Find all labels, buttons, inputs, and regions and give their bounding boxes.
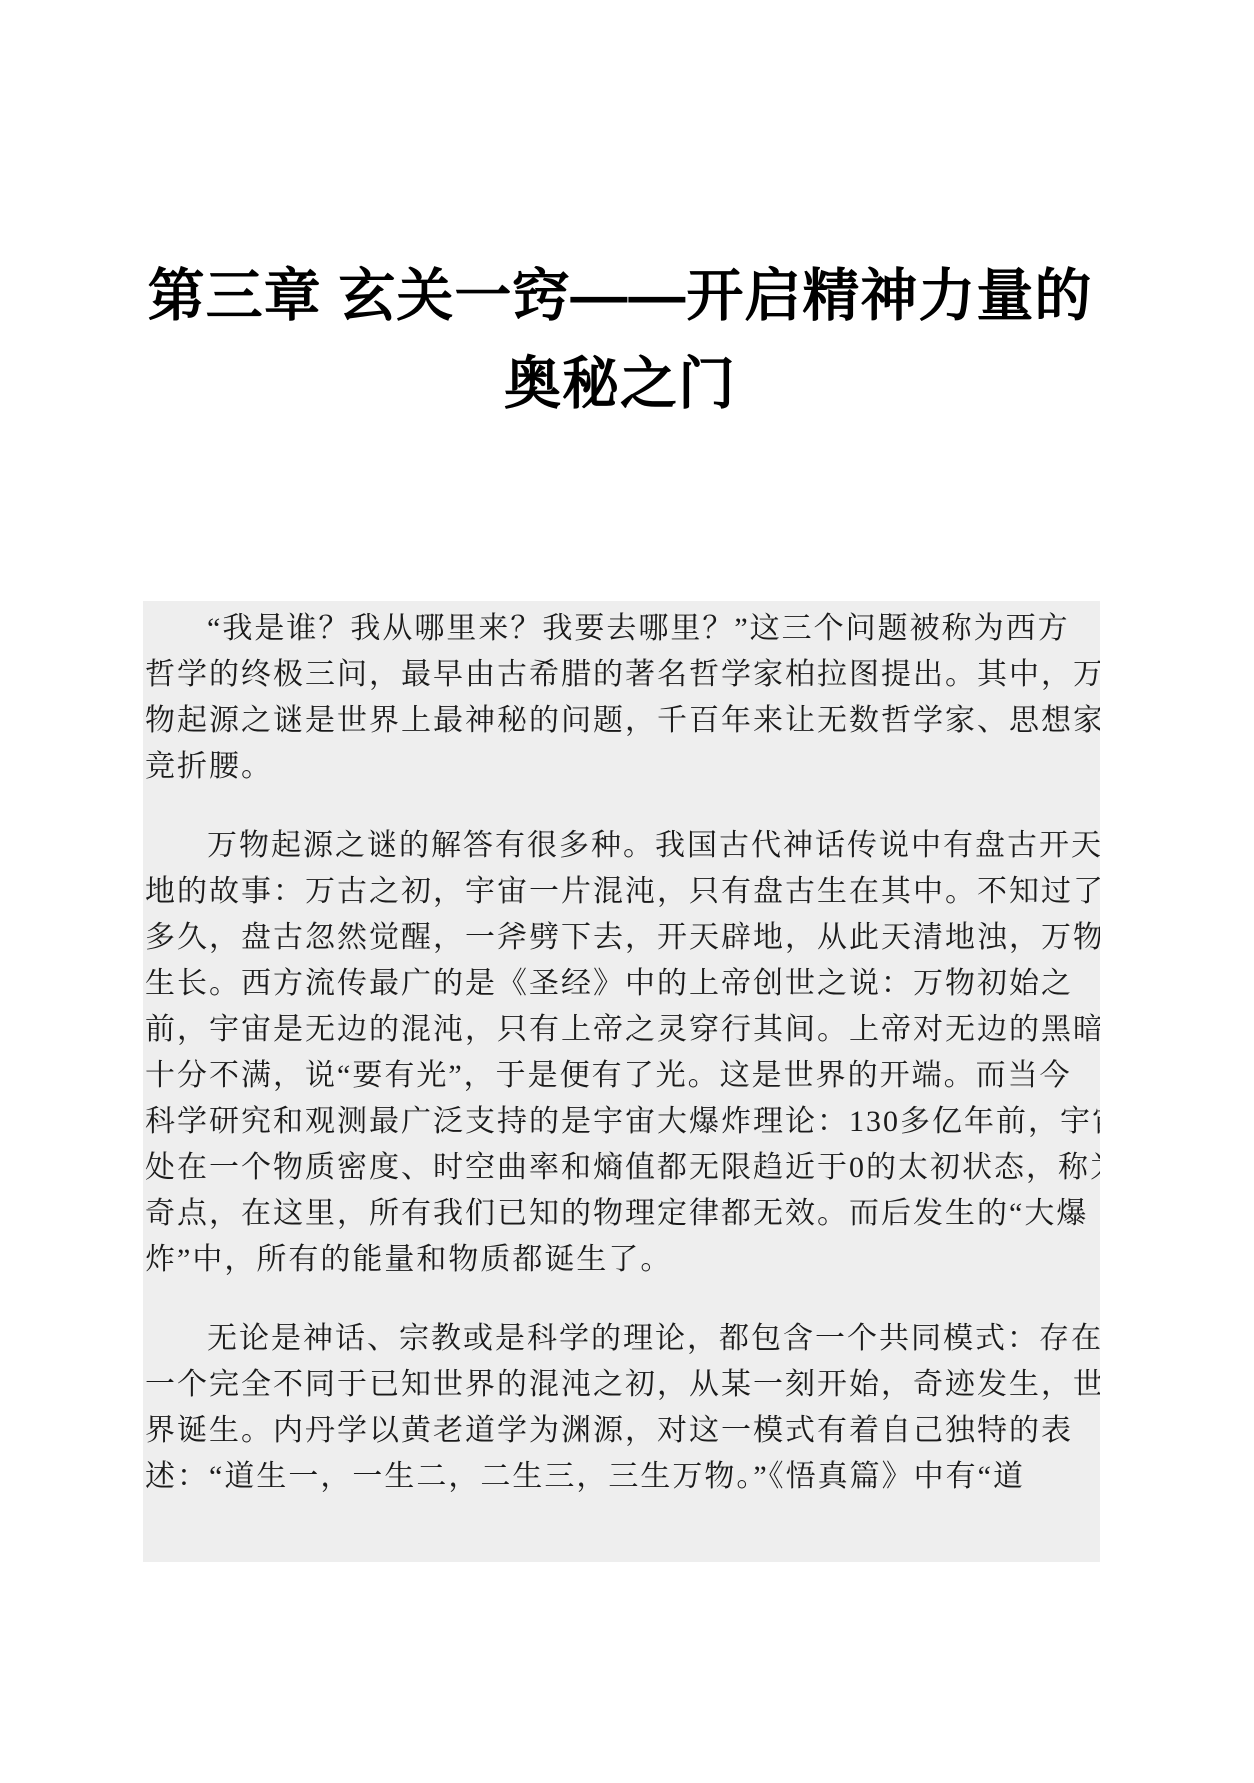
book-page: 第三章 玄关一窍——开启精神力量的 奥秘之门 “我是谁？我从哪里来？我要去哪里？… — [0, 0, 1254, 1783]
text-line: 物起源之谜是世界上最神秘的问题，千百年来让无数哲学家、思想家 — [145, 698, 1100, 744]
chapter-title-line-2: 奥秘之门 — [120, 340, 1120, 428]
text-line: 述：“道生一，一生二，二生三，三生万物。”《悟真篇》中有“道 — [145, 1454, 1100, 1500]
text-line: 万物起源之谜的解答有很多种。我国古代神话传说中有盘古开天 — [145, 823, 1100, 869]
paragraph: 无论是神话、宗教或是科学的理论，都包含一个共同模式：存在一个完全不同于已知世界的… — [145, 1316, 1100, 1500]
text-line: 多久，盘古忽然觉醒，一斧劈下去，开天辟地，从此天清地浊，万物 — [145, 915, 1100, 961]
chapter-title-line-1: 第三章 玄关一窍——开启精神力量的 — [120, 252, 1120, 340]
text-line: 竞折腰。 — [145, 744, 1100, 790]
text-line: 炸”中，所有的能量和物质都诞生了。 — [145, 1237, 1100, 1283]
text-line: 一个完全不同于已知世界的混沌之初，从某一刻开始，奇迹发生，世 — [145, 1362, 1100, 1408]
text-line: 科学研究和观测最广泛支持的是宇宙大爆炸理论：130多亿年前，宇宙 — [145, 1099, 1100, 1145]
text-line: 奇点，在这里，所有我们已知的物理定律都无效。而后发生的“大爆 — [145, 1191, 1100, 1237]
text-line: 十分不满，说“要有光”，于是便有了光。这是世界的开端。而当今 — [145, 1053, 1100, 1099]
text-line: 界诞生。内丹学以黄老道学为渊源，对这一模式有着自己独特的表 — [145, 1408, 1100, 1454]
text-line: 处在一个物质密度、时空曲率和熵值都无限趋近于0的太初状态，称为 — [145, 1145, 1100, 1191]
chapter-body-text-block: “我是谁？我从哪里来？我要去哪里？”这三个问题被称为西方哲学的终极三问，最早由古… — [143, 601, 1100, 1562]
paragraph: 万物起源之谜的解答有很多种。我国古代神话传说中有盘古开天地的故事：万古之初，宇宙… — [145, 823, 1100, 1283]
text-line: 无论是神话、宗教或是科学的理论，都包含一个共同模式：存在 — [145, 1316, 1100, 1362]
text-line: 生长。西方流传最广的是《圣经》中的上帝创世之说：万物初始之 — [145, 961, 1100, 1007]
text-line: 地的故事：万古之初，宇宙一片混沌，只有盘古生在其中。不知过了 — [145, 869, 1100, 915]
text-line: 哲学的终极三问，最早由古希腊的著名哲学家柏拉图提出。其中，万 — [145, 652, 1100, 698]
paragraph: “我是谁？我从哪里来？我要去哪里？”这三个问题被称为西方哲学的终极三问，最早由古… — [145, 606, 1100, 790]
chapter-title: 第三章 玄关一窍——开启精神力量的 奥秘之门 — [120, 0, 1120, 428]
text-line: “我是谁？我从哪里来？我要去哪里？”这三个问题被称为西方 — [145, 606, 1100, 652]
text-line: 前，宇宙是无边的混沌，只有上帝之灵穿行其间。上帝对无边的黑暗 — [145, 1007, 1100, 1053]
